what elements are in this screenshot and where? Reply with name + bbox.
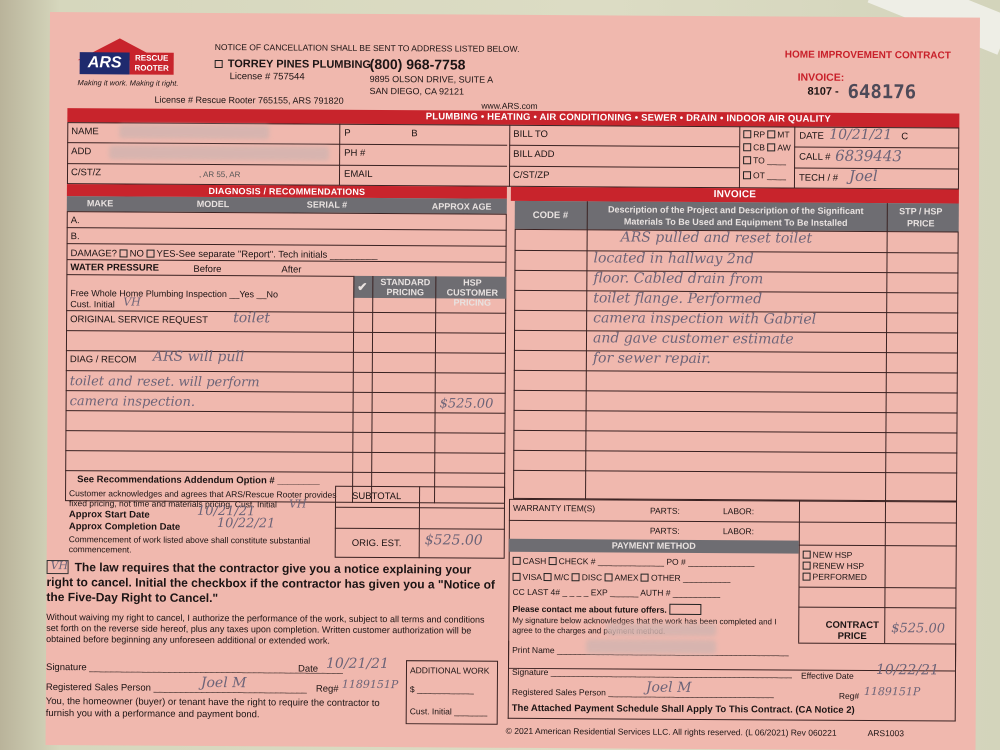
invoice-line-5[interactable]: camera inspection with Gabriel	[593, 310, 816, 327]
invoice-signature-label: Signature ______________________________…	[512, 667, 792, 679]
address-line-1: 9895 OLSON DRIVE, SUITE A	[370, 74, 494, 85]
authorization-text: Without waiving my right to cancel, I au…	[46, 612, 496, 648]
completion-date-value[interactable]: 10/22/21	[217, 516, 275, 531]
additional-initial[interactable]: Cust. Initial _______	[410, 706, 488, 716]
orig-est-value[interactable]: $525.00	[425, 532, 483, 548]
legal-date-value[interactable]: 10/21/21	[326, 656, 389, 672]
tech-label: TECH / #	[799, 173, 838, 184]
diag-line-2[interactable]: toilet and reset. will perform	[70, 374, 260, 390]
subtotal-label: SUBTOTAL	[352, 491, 401, 502]
address-line-2: SAN DIEGO, CA 92121	[369, 86, 464, 97]
parts-label-1: PARTS:	[650, 506, 680, 516]
right-to-cancel-notice: The law requires that the contractor giv…	[46, 560, 496, 608]
invoice-sales-person-value[interactable]: Joel M	[646, 680, 692, 696]
invoice-reg-label: Reg#	[839, 691, 859, 701]
bill-to-label: BILL TO	[513, 129, 548, 140]
copyright: © 2021 American Residential Services LLC…	[506, 726, 837, 738]
contract-sheet: ARS RESCUEROOTER Making it work. Making …	[46, 12, 980, 750]
commencement-notice: Commencement of work listed above shall …	[69, 534, 339, 556]
cc-line[interactable]: CC LAST 4# _ _ _ _ EXP ______ AUTH # ___…	[512, 587, 720, 598]
row-a-label: A.	[71, 215, 80, 226]
fixed-pricing-initial[interactable]: VH	[289, 497, 307, 510]
invoice-label: INVOICE:	[798, 72, 845, 84]
name-label: NAME	[71, 126, 99, 137]
code-to[interactable]: TO ____	[743, 155, 786, 165]
labor-label-1: LABOR:	[723, 506, 754, 516]
invoice-line-2[interactable]: located in hallway 2nd	[593, 250, 753, 267]
tech-value[interactable]: Joel	[849, 167, 878, 185]
company-license: License # 757544	[230, 71, 305, 82]
logo-ars-text: ARS	[80, 52, 130, 74]
company-checkbox[interactable]	[215, 60, 223, 68]
water-pressure-label: WATER PRESSURE	[70, 262, 159, 274]
c-label: C	[901, 131, 908, 142]
addendum-label: See Recommendations Addendum Option # __…	[77, 474, 320, 486]
name-field-redacted[interactable]	[119, 124, 269, 139]
additional-work-label: ADDITIONAL WORK	[410, 665, 490, 675]
damage-yes-checkbox[interactable]	[147, 250, 155, 258]
license-line: License # Rescue Rooter 765155, ARS 7918…	[154, 95, 343, 106]
invoice-line-6[interactable]: and gave customer estimate	[593, 330, 794, 347]
p-label: P	[344, 128, 350, 139]
phone-number: (800) 968-7758	[370, 56, 466, 73]
bill-cstzp-label: C/ST/ZP	[513, 170, 549, 181]
add-label: ADD	[71, 146, 91, 157]
payment-row-1[interactable]: CASH CHECK # ______________ PO # _______…	[513, 556, 755, 567]
contract-title: HOME IMPROVEMENT CONTRACT	[785, 49, 951, 61]
cstz-value[interactable]: , AR 55, AR	[199, 170, 240, 179]
sales-person-value[interactable]: Joel M	[201, 675, 247, 691]
date-label: DATE	[799, 131, 824, 142]
after-label: After	[281, 264, 301, 275]
row-b-label: B.	[71, 231, 80, 242]
reg-value[interactable]: 1189151P	[342, 678, 398, 691]
payment-schedule-notice: The Attached Payment Schedule Shall Appl…	[512, 703, 855, 716]
checkmark-icon: ✔	[357, 280, 367, 294]
orig-est-label: ORIG. EST.	[352, 538, 402, 549]
diag-line-3[interactable]: camera inspection.	[70, 394, 195, 410]
pricing-header: ✔ STANDARD PRICING HSP CUSTOMER PRICING	[353, 276, 506, 299]
parts-label-2: PARTS:	[650, 526, 680, 536]
effective-date-label: Effective Date	[801, 671, 854, 681]
logo-rescue-rooter: RESCUEROOTER	[130, 52, 174, 74]
code-rp-mt[interactable]: RP MT	[743, 129, 789, 139]
invoice-sales-person-label: Registered Sales Person ________________…	[512, 687, 774, 699]
damage-no-checkbox[interactable]	[120, 249, 128, 257]
legal-date-label: Date	[298, 664, 318, 675]
completion-date-label: Approx Completion Date	[69, 521, 180, 533]
company-name: TORREY PINES PLUMBING	[215, 58, 371, 71]
invoice-number: 648176	[847, 81, 916, 103]
warranty-label: WARRANTY ITEM(S)	[513, 503, 595, 514]
payment-method-title: PAYMENT METHOD	[509, 539, 799, 554]
call-label: CALL #	[799, 152, 830, 163]
form-code: ARS1003	[868, 728, 904, 738]
phone-label: PH #	[344, 148, 365, 159]
redacted-area	[606, 623, 716, 636]
additional-dollar[interactable]: $ ____________	[410, 684, 474, 694]
hsp-options[interactable]: NEW HSP RENEW HSP PERFORMED	[803, 550, 868, 583]
cust-initial-value[interactable]: VH	[123, 295, 141, 308]
contract-price-label: CONTRACT PRICE	[823, 620, 881, 642]
hsp-price-value[interactable]: $525.00	[440, 396, 494, 411]
invoice-line-3[interactable]: floor. Cabled drain from	[593, 270, 763, 287]
damage-row: DAMAGE? NO YES-See separate "Report". Te…	[70, 248, 377, 261]
diag-line-1[interactable]: ARS will pull	[153, 349, 245, 366]
future-offers: Please contact me about future offers.	[512, 603, 701, 615]
invoice-reg-value[interactable]: 1189151P	[864, 685, 920, 698]
invoice-line-1[interactable]: ARS pulled and reset toilet	[621, 229, 813, 246]
inspection-line: Free Whole Home Plumbing Inspection __Ye…	[70, 288, 278, 299]
cstz-label: C/ST/Z	[71, 167, 101, 178]
sales-person-label: Registered Sales Person ________________…	[46, 682, 307, 695]
contract-price-value[interactable]: $525.00	[891, 621, 945, 636]
future-offers-checkbox[interactable]	[669, 604, 701, 615]
invoice-columns: CODE # Description of the Project and De…	[515, 201, 959, 232]
cust-initial-label: Cust. Initial	[70, 299, 115, 309]
invoice-line-7[interactable]: for sewer repair.	[593, 350, 711, 367]
date-value[interactable]: 10/21/21	[829, 127, 892, 143]
before-label: Before	[193, 264, 221, 275]
website: www.ARS.com	[481, 101, 537, 111]
diag-label: DIAG / RECOM	[70, 354, 137, 365]
bond-notice: You, the homeowner (buyer) or tenant hav…	[46, 696, 406, 722]
email-label: EMAIL	[344, 169, 373, 180]
tagline: Making it work. Making it right.	[78, 78, 179, 88]
reg-label: Reg#	[316, 684, 339, 695]
effective-date-value[interactable]: 10/22/21	[876, 662, 939, 678]
labor-label-2: LABOR:	[723, 526, 754, 536]
original-request-value[interactable]: toilet	[233, 310, 270, 326]
cancellation-notice: NOTICE OF CANCELLATION SHALL BE SENT TO …	[215, 42, 520, 54]
address-field-redacted[interactable]	[109, 145, 329, 160]
code-ot[interactable]: OT ____	[743, 170, 786, 180]
code-cb-aw[interactable]: CB AW	[743, 142, 791, 152]
call-value[interactable]: 6839443	[835, 147, 902, 165]
original-request-label: ORIGINAL SERVICE REQUEST	[70, 314, 208, 326]
b-label: B	[411, 128, 417, 139]
start-date-label: Approx Start Date	[69, 509, 150, 520]
bill-add-label: BILL ADD	[513, 149, 554, 160]
invoice-line-4[interactable]: toilet flange. Performed	[593, 290, 762, 307]
payment-row-2[interactable]: VISA M/C DISC AMEX OTHER __________	[513, 572, 731, 583]
invoice-prefix: 8107 -	[807, 86, 838, 98]
